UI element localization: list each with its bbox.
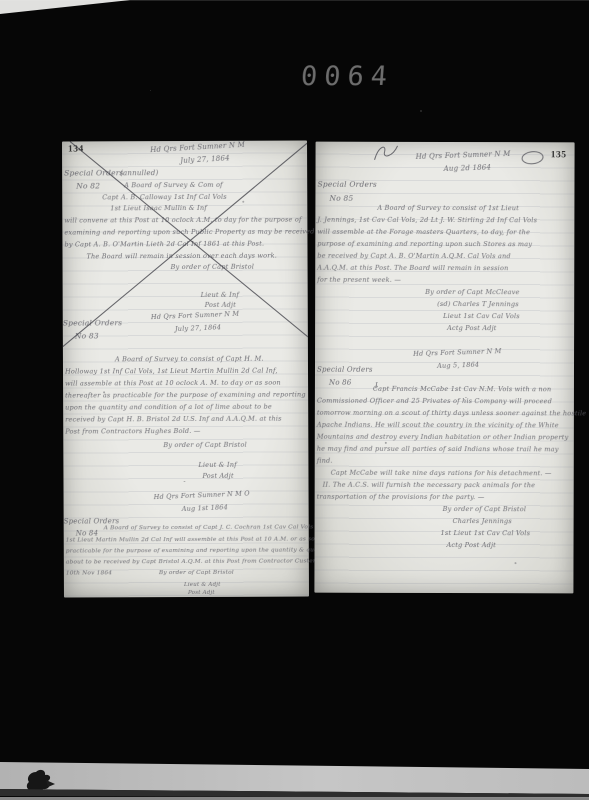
ledger-page-right: 135 Hd Qrs Fort Sumner N MAug 2d 1864Spe…	[314, 142, 574, 594]
handwriting-line: Capt McCabe will take nine days rations …	[331, 469, 552, 478]
handwriting-block-left: Hd Qrs Fort Sumner N MJuly 27, 1864Speci…	[62, 140, 307, 141]
dust-speck	[420, 110, 422, 112]
handwriting-line: Actg Post Adjt	[447, 324, 497, 332]
handwriting-line: 1st Lieut 1st Cav Cal Vols	[441, 529, 531, 537]
ledger-page-left: 134 Hd Qrs Fort Sumner N MJuly 27, 1864S…	[62, 140, 309, 597]
pen-flourish-icon	[372, 142, 402, 164]
handwriting-line: Aug 2d 1864	[444, 163, 492, 173]
dust-speck	[150, 90, 151, 91]
handwriting-line: The Board will remain in session over ea…	[86, 252, 277, 261]
handwriting-line: Special Orders	[63, 318, 122, 327]
handwriting-line: purpose of examining and reporting upon …	[317, 240, 532, 249]
dust-speck	[385, 442, 387, 444]
handwriting-line: will convene at this Post at 10 oclock A…	[64, 215, 301, 224]
handwriting-line: Hd Qrs Fort Sumner N M	[413, 347, 502, 358]
handwriting-line: By order of Capt Bristol	[163, 441, 247, 449]
handwriting-line: No 83	[75, 331, 99, 340]
handwriting-line: J. Jennings, 1st Cav Cal Vols, 2d Lt J. …	[317, 216, 537, 225]
film-corner-sliver	[0, 0, 130, 14]
dust-speck	[242, 201, 244, 203]
handwriting-line: Aug 1st 1864	[182, 503, 228, 513]
handwriting-line: A.A.Q.M. at this Post. The Board will re…	[317, 264, 508, 273]
handwriting-line: July 27, 1864	[175, 323, 221, 333]
handwriting-line: Hd Qrs Fort Sumner N M	[150, 141, 245, 154]
handwriting-line: be received by Capt A. B. O'Martin A.Q.M…	[317, 252, 511, 261]
handwriting-line: for the present week. —	[317, 276, 401, 284]
handwriting-line: By order of Capt McCleave	[425, 288, 519, 296]
pen-circle-mark	[521, 150, 544, 165]
handwriting-line: 1st Lieut Isaac Mullin & Inf	[110, 204, 207, 212]
handwriting-line: 10th Nov 1864	[66, 570, 112, 576]
handwriting-line: Special Orders	[64, 517, 120, 525]
handwriting-line: A Board of Survey to consist of Capt H. …	[115, 355, 264, 364]
handwriting-line: tomorrow morning on a scout of thirty da…	[317, 409, 587, 418]
handwriting-line: Commissioned Officer and 25 Privates of …	[317, 397, 552, 406]
handwriting-line: No 84	[76, 529, 99, 537]
handwriting-line: Mountains and destroy every Indian habit…	[317, 433, 569, 442]
handwriting-line: Post from Contractors Hughes Bold. —	[65, 427, 200, 436]
handwriting-line: By order of Capt Bristol	[171, 263, 255, 271]
handwriting-line: Lieut & Inf	[198, 461, 236, 469]
page-number-left: 134	[68, 144, 84, 154]
handwriting-line: By order of Capt Bristol	[159, 570, 234, 576]
handwriting-line: about to be received by Capt Bristol A.Q…	[66, 558, 342, 565]
handwriting-line: Post Adjt	[205, 301, 236, 309]
handwriting-line: upon the quantity and condition of a lot…	[65, 403, 272, 412]
handwriting-line: transportation of the provisions for the…	[317, 493, 485, 501]
handwriting-line: Capt Francis McCabe 1st Cav N.M. Vols wi…	[373, 385, 551, 393]
handwriting-line: find.	[317, 457, 333, 465]
page-number-right: 135	[551, 150, 567, 160]
handwriting-line: thereafter as practicable for the purpos…	[65, 390, 306, 399]
handwriting-line: Hd Qrs Fort Sumner N M	[416, 150, 511, 161]
handwriting-line: by Capt A. B. O'Martin Lieth 2d Cal Inf …	[64, 240, 264, 249]
handwriting-block-right: Hd Qrs Fort Sumner N MAug 2d 1864Special…	[316, 142, 575, 143]
handwriting-line: Aug 5, 1864	[437, 361, 479, 370]
handwriting-line: (sd) Charles T Jennings	[437, 300, 519, 308]
handwriting-line: Charles Jennings	[453, 517, 512, 525]
handwriting-line: Lieut & Adjt	[184, 582, 221, 588]
handwriting-line: Post Adjt	[188, 590, 215, 596]
dust-speck	[183, 481, 185, 482]
handwriting-line: Hd Qrs Fort Sumner N M O	[154, 489, 250, 501]
handwriting-line: By order of Capt Bristol	[443, 505, 527, 513]
handwriting-line: No 85	[329, 194, 353, 203]
handwriting-line: (annulled)	[120, 169, 158, 177]
handwriting-line: Hd Qrs Fort Sumner N M	[151, 310, 240, 321]
handwriting-line: will assemble at this Post at 10 oclock …	[65, 379, 281, 388]
handwriting-line: Post Adjt	[202, 472, 233, 480]
handwriting-line: Capt A. B. Calloway 1st Inf Cal Vols	[102, 193, 227, 202]
handwriting-line: Apache Indians. He will scout the countr…	[317, 421, 559, 430]
handwriting-line: No 86	[329, 379, 352, 387]
handwriting-line: No 82	[76, 181, 100, 190]
handwriting-line: Special Orders	[317, 180, 376, 189]
handwriting-line: he may find and pursue all parties of sa…	[317, 445, 559, 454]
frame-counter: 0064	[300, 61, 395, 92]
handwriting-line: Lieut & Inf	[201, 291, 239, 299]
microfilm-frame: 0064 134 Hd Qrs Fort Sumner N MJuly 27, …	[0, 0, 589, 800]
dust-speck	[514, 562, 516, 564]
handwriting-line: examining and reporting upon such Public…	[64, 227, 314, 236]
handwriting-line: received by Capt H. B. Bristol 2d U.S. I…	[65, 415, 282, 424]
handwriting-line: will assemble at the Forage masters Quar…	[317, 228, 530, 237]
handwriting-line: A Board of Survey & Com of	[124, 181, 223, 189]
handwriting-line: Lieut 1st Cav Cal Vols	[443, 312, 520, 320]
handwriting-line: Special Orders	[64, 168, 123, 177]
handwriting-line: A Board of Survey to consist of Capt J. …	[104, 524, 314, 531]
handwriting-line: Special Orders	[317, 366, 373, 374]
handwriting-line: July 27, 1864	[180, 154, 230, 165]
handwriting-line: A Board of Survey to consist of 1st Lieu…	[377, 204, 519, 212]
handwriting-line: Actg Post Adjt	[447, 541, 497, 549]
handwriting-line: II. The A.C.S. will furnish the necessar…	[323, 481, 536, 490]
handwriting-line: Holloway 1st Inf Cal Vols, 1st Lieut Mar…	[65, 367, 278, 376]
